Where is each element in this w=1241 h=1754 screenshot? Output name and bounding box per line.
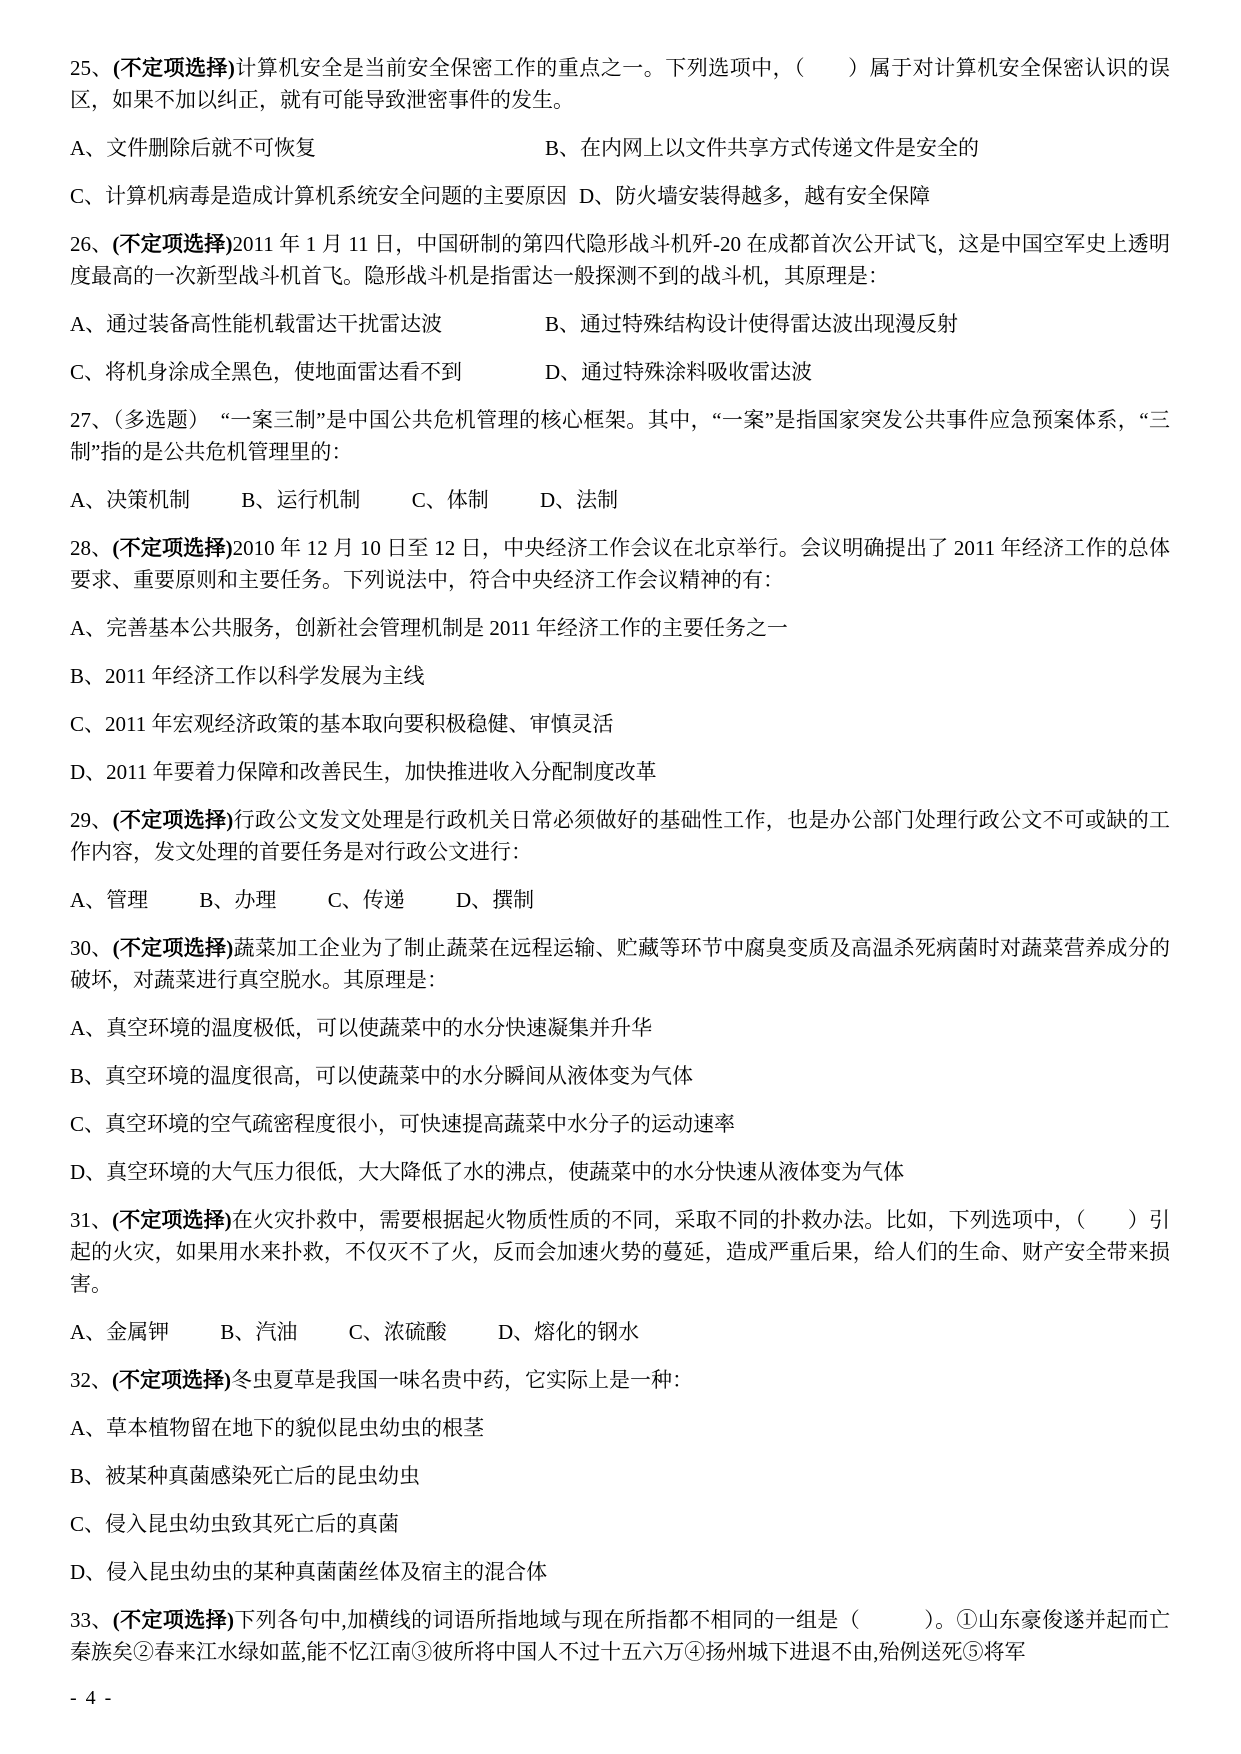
option-d: D、侵入昆虫幼虫的某种真菌菌丝体及宿主的混合体 <box>70 1556 1170 1588</box>
option-d: D、通过特殊涂料吸收雷达波 <box>545 356 1170 388</box>
option-text: 草本植物留在地下的貌似昆虫幼虫的根茎 <box>106 1416 484 1440</box>
question-number: 27、 <box>70 408 113 432</box>
option-label: B、 <box>241 488 276 512</box>
option-a: A、真空环境的温度极低，可以使蔬菜中的水分快速凝集并升华 <box>70 1012 1170 1044</box>
option-text: 侵入昆虫幼虫致其死亡后的真菌 <box>105 1512 399 1536</box>
option-label: C、 <box>70 712 105 736</box>
option-label: B、 <box>70 1464 105 1488</box>
footer-page-number: - 4 - <box>70 1686 113 1710</box>
question-number: 31、 <box>70 1208 112 1232</box>
option-text: 将机身涂成全黑色，使地面雷达看不到 <box>105 360 462 384</box>
option-label: A、 <box>70 1016 106 1040</box>
option-d: D、法制 <box>540 488 618 512</box>
option-d: D、熔化的钢水 <box>498 1320 639 1344</box>
question-stem: 30、(不定项选择)蔬菜加工企业为了制止蔬菜在远程运输、贮藏等环节中腐臭变质及高… <box>70 932 1170 996</box>
option-c: C、2011 年宏观经济政策的基本取向要积极稳健、审慎灵活 <box>70 708 1170 740</box>
option-label: D、 <box>70 1560 106 1584</box>
option-label: D、 <box>540 488 576 512</box>
question-stem: 29、(不定项选择)行政公文发文处理是行政机关日常必须做好的基础性工作，也是办公… <box>70 804 1170 868</box>
option-text: 2011 年经济工作以科学发展为主线 <box>105 664 424 688</box>
question-stem-text: 2010 年 12 月 10 日至 12 日，中央经济工作会议在北京举行。会议明… <box>70 536 1170 592</box>
question-stem-text: 下列各句中,加横线的词语所指地域与现在所指都不相同的一组是（ ）。①山东豪俊遂并… <box>70 1608 1170 1664</box>
option-text: 撰制 <box>492 888 534 912</box>
question-stem: 26、(不定项选择)2011 年 1 月 11 日，中国研制的第四代隐形战斗机歼… <box>70 228 1170 292</box>
option-text: 通过特殊涂料吸收雷达波 <box>581 360 812 384</box>
option-text: 计算机病毒是造成计算机系统安全问题的主要原因 <box>105 184 567 208</box>
option-text: 2011 年宏观经济政策的基本取向要积极稳健、审慎灵活 <box>105 712 613 736</box>
option-a: A、通过装备高性能机载雷达干扰雷达波 <box>70 308 545 340</box>
option-c: C、将机身涂成全黑色，使地面雷达看不到 <box>70 356 545 388</box>
options-row-ab: A、通过装备高性能机载雷达干扰雷达波 B、通过特殊结构设计使得雷达波出现漫反射 <box>70 308 1170 340</box>
question-30: 30、(不定项选择)蔬菜加工企业为了制止蔬菜在远程运输、贮藏等环节中腐臭变质及高… <box>70 932 1170 1188</box>
options-row-inline: A、管理 B、办理 C、传递 D、撰制 <box>70 884 1170 916</box>
option-text: 传递 <box>363 888 405 912</box>
option-text: 在内网上以文件共享方式传递文件是安全的 <box>580 136 979 160</box>
option-label: C、 <box>70 1512 105 1536</box>
question-stem-text: 2011 年 1 月 11 日，中国研制的第四代隐形战斗机歼-20 在成都首次公… <box>70 232 1170 288</box>
option-text: 完善基本公共服务，创新社会管理机制是 2011 年经济工作的主要任务之一 <box>106 616 788 640</box>
option-text: 文件删除后就不可恢复 <box>106 136 316 160</box>
option-a: A、草本植物留在地下的貌似昆虫幼虫的根茎 <box>70 1412 1170 1444</box>
option-d: D、防火墙安装得越多，越有安全保障 <box>579 180 1170 212</box>
question-number: 32、 <box>70 1368 112 1392</box>
question-27: 27、（多选题） “一案三制”是中国公共危机管理的核心框架。其中，“一案”是指国… <box>70 404 1170 516</box>
question-stem: 27、（多选题） “一案三制”是中国公共危机管理的核心框架。其中，“一案”是指国… <box>70 404 1170 468</box>
question-number: 29、 <box>70 808 113 832</box>
option-d: D、2011 年要着力保障和改善民生，加快推进收入分配制度改革 <box>70 756 1170 788</box>
question-stem-text: 行政公文发文处理是行政机关日常必须做好的基础性工作，也是办公部门处理行政公文不可… <box>70 808 1170 864</box>
option-text: 汽油 <box>255 1320 297 1344</box>
option-label: D、 <box>545 360 581 384</box>
exam-document-page: 25、(不定项选择)计算机安全是当前安全保密工作的重点之一。下列选项中，（ ）属… <box>0 0 1241 1754</box>
option-label: B、 <box>70 1064 105 1088</box>
option-label: A、 <box>70 888 106 912</box>
option-label: A、 <box>70 136 106 160</box>
question-number: 28、 <box>70 536 112 560</box>
options-row-cd: C、计算机病毒是造成计算机系统安全问题的主要原因 D、防火墙安装得越多，越有安全… <box>70 180 1170 212</box>
option-label: A、 <box>70 488 106 512</box>
option-b: B、运行机制 <box>241 488 360 512</box>
option-label: B、 <box>545 312 580 336</box>
option-b: B、真空环境的温度很高，可以使蔬菜中的水分瞬间从液体变为气体 <box>70 1060 1170 1092</box>
option-text: 法制 <box>576 488 618 512</box>
question-31: 31、(不定项选择)在火灾扑救中，需要根据起火物质性质的不同，采取不同的扑救办法… <box>70 1204 1170 1348</box>
option-text: 真空环境的空气疏密程度很小，可快速提高蔬菜中水分子的运动速率 <box>105 1112 735 1136</box>
options-row-inline: A、决策机制 B、运行机制 C、体制 D、法制 <box>70 484 1170 516</box>
question-type-tag: (不定项选择) <box>112 232 232 256</box>
options-row-ab: A、文件删除后就不可恢复 B、在内网上以文件共享方式传递文件是安全的 <box>70 132 1170 164</box>
option-b: B、2011 年经济工作以科学发展为主线 <box>70 660 1170 692</box>
option-label: C、 <box>70 360 105 384</box>
option-label: C、 <box>412 488 447 512</box>
option-label: A、 <box>70 1320 106 1344</box>
option-a: A、完善基本公共服务，创新社会管理机制是 2011 年经济工作的主要任务之一 <box>70 612 1170 644</box>
question-type-tag: (不定项选择) <box>113 1608 234 1632</box>
option-c: C、计算机病毒是造成计算机系统安全问题的主要原因 <box>70 180 579 212</box>
option-a: A、金属钾 <box>70 1320 169 1344</box>
question-32: 32、(不定项选择)冬虫夏草是我国一味名贵中药，它实际上是一种： A、草本植物留… <box>70 1364 1170 1588</box>
question-type-tag: (不定项选择) <box>112 536 232 560</box>
question-type-tag: (不定项选择) <box>113 56 235 80</box>
option-label: B、 <box>70 664 105 688</box>
option-text: 被某种真菌感染死亡后的昆虫幼虫 <box>105 1464 420 1488</box>
option-label: D、 <box>498 1320 534 1344</box>
option-c: C、体制 <box>412 488 489 512</box>
option-a: A、决策机制 <box>70 488 190 512</box>
question-stem: 31、(不定项选择)在火灾扑救中，需要根据起火物质性质的不同，采取不同的扑救办法… <box>70 1204 1170 1300</box>
option-label: A、 <box>70 616 106 640</box>
question-type-tag: (不定项选择) <box>112 1208 232 1232</box>
option-b: B、汽油 <box>220 1320 297 1344</box>
option-d: D、真空环境的大气压力很低，大大降低了水的沸点，使蔬菜中的水分快速从液体变为气体 <box>70 1156 1170 1188</box>
question-stem: 33、(不定项选择)下列各句中,加横线的词语所指地域与现在所指都不相同的一组是（… <box>70 1604 1170 1668</box>
option-b: B、被某种真菌感染死亡后的昆虫幼虫 <box>70 1460 1170 1492</box>
question-stem-text: 冬虫夏草是我国一味名贵中药，它实际上是一种： <box>231 1368 693 1392</box>
question-number: 30、 <box>70 936 113 960</box>
question-stem: 28、(不定项选择)2010 年 12 月 10 日至 12 日，中央经济工作会… <box>70 532 1170 596</box>
question-number: 33、 <box>70 1608 113 1632</box>
option-text: 管理 <box>106 888 148 912</box>
question-type-tag: (不定项选择) <box>113 936 234 960</box>
option-b: B、通过特殊结构设计使得雷达波出现漫反射 <box>545 308 1170 340</box>
option-label: C、 <box>328 888 363 912</box>
option-label: D、 <box>70 760 106 784</box>
option-text: 熔化的钢水 <box>534 1320 639 1344</box>
option-c: C、传递 <box>328 888 405 912</box>
option-label: A、 <box>70 1416 106 1440</box>
option-c: C、真空环境的空气疏密程度很小，可快速提高蔬菜中水分子的运动速率 <box>70 1108 1170 1140</box>
question-stem-text: 在火灾扑救中，需要根据起火物质性质的不同，采取不同的扑救办法。比如，下列选项中，… <box>70 1208 1170 1296</box>
question-26: 26、(不定项选择)2011 年 1 月 11 日，中国研制的第四代隐形战斗机歼… <box>70 228 1170 388</box>
question-stem: 25、(不定项选择)计算机安全是当前安全保密工作的重点之一。下列选项中，（ ）属… <box>70 52 1170 116</box>
question-28: 28、(不定项选择)2010 年 12 月 10 日至 12 日，中央经济工作会… <box>70 532 1170 788</box>
option-text: 通过装备高性能机载雷达干扰雷达波 <box>106 312 442 336</box>
question-25: 25、(不定项选择)计算机安全是当前安全保密工作的重点之一。下列选项中，（ ）属… <box>70 52 1170 212</box>
option-b: B、办理 <box>199 888 276 912</box>
option-c: C、浓硫酸 <box>349 1320 447 1344</box>
option-label: B、 <box>199 888 234 912</box>
option-text: 真空环境的温度极低，可以使蔬菜中的水分快速凝集并升华 <box>106 1016 652 1040</box>
option-label: D、 <box>579 184 615 208</box>
question-stem: 32、(不定项选择)冬虫夏草是我国一味名贵中药，它实际上是一种： <box>70 1364 1170 1396</box>
question-33: 33、(不定项选择)下列各句中,加横线的词语所指地域与现在所指都不相同的一组是（… <box>70 1604 1170 1668</box>
option-d: D、撰制 <box>456 888 534 912</box>
option-a: A、管理 <box>70 888 148 912</box>
question-stem-text: 蔬菜加工企业为了制止蔬菜在远程运输、贮藏等环节中腐臭变质及高温杀死病菌时对蔬菜营… <box>70 936 1170 992</box>
question-stem-text: “一案三制”是中国公共危机管理的核心框架。其中，“一案”是指国家突发公共事件应急… <box>70 408 1170 464</box>
question-number: 26、 <box>70 232 112 256</box>
option-label: B、 <box>545 136 580 160</box>
option-text: 体制 <box>447 488 489 512</box>
option-text: 真空环境的大气压力很低，大大降低了水的沸点，使蔬菜中的水分快速从液体变为气体 <box>106 1160 904 1184</box>
options-row-cd: C、将机身涂成全黑色，使地面雷达看不到 D、通过特殊涂料吸收雷达波 <box>70 356 1170 388</box>
option-label: D、 <box>456 888 492 912</box>
option-a: A、文件删除后就不可恢复 <box>70 132 545 164</box>
option-label: B、 <box>220 1320 255 1344</box>
option-label: A、 <box>70 312 106 336</box>
question-29: 29、(不定项选择)行政公文发文处理是行政机关日常必须做好的基础性工作，也是办公… <box>70 804 1170 916</box>
option-text: 真空环境的温度很高，可以使蔬菜中的水分瞬间从液体变为气体 <box>105 1064 693 1088</box>
option-label: C、 <box>70 1112 105 1136</box>
option-label: C、 <box>70 184 105 208</box>
option-label: D、 <box>70 1160 106 1184</box>
question-type-tag: (不定项选择) <box>112 1368 231 1392</box>
option-text: 浓硫酸 <box>384 1320 447 1344</box>
option-b: B、在内网上以文件共享方式传递文件是安全的 <box>545 132 1170 164</box>
option-text: 决策机制 <box>106 488 190 512</box>
question-stem-text: 计算机安全是当前安全保密工作的重点之一。下列选项中，（ ）属于对计算机安全保密认… <box>70 56 1170 112</box>
question-type-tag: (不定项选择) <box>113 808 234 832</box>
option-text: 2011 年要着力保障和改善民生，加快推进收入分配制度改革 <box>106 760 656 784</box>
options-row-inline: A、金属钾 B、汽油 C、浓硫酸 D、熔化的钢水 <box>70 1316 1170 1348</box>
option-text: 通过特殊结构设计使得雷达波出现漫反射 <box>580 312 958 336</box>
option-c: C、侵入昆虫幼虫致其死亡后的真菌 <box>70 1508 1170 1540</box>
option-label: C、 <box>349 1320 384 1344</box>
option-text: 侵入昆虫幼虫的某种真菌菌丝体及宿主的混合体 <box>106 1560 547 1584</box>
option-text: 防火墙安装得越多，越有安全保障 <box>615 184 930 208</box>
question-type-tag: （多选题） <box>113 408 199 432</box>
option-text: 运行机制 <box>276 488 360 512</box>
question-number: 25、 <box>70 56 113 80</box>
option-text: 办理 <box>234 888 276 912</box>
option-text: 金属钾 <box>106 1320 169 1344</box>
